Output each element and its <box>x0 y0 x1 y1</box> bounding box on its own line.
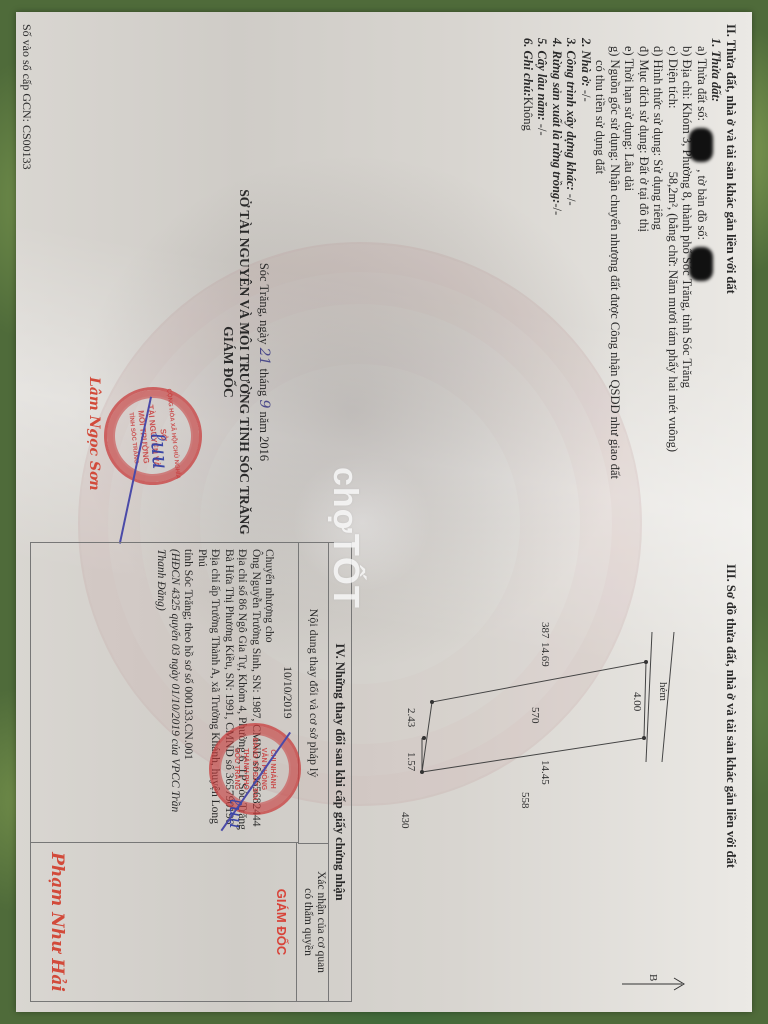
origin-row: g) Nguồn gốc sử dụng: Nhận chuyển nhượng… <box>608 24 623 544</box>
section-3-title: III. Sơ đồ thửa đất, nhà ở và tài sản kh… <box>723 564 738 868</box>
neighbor-right: 558 <box>519 792 531 809</box>
parcel-label: a) Thửa đất số: <box>695 46 709 121</box>
area-value: 58,2m², (bằng chữ: Năm mươi tám phẩy hai… <box>666 112 680 452</box>
item-notes: 6. Ghi chú:Không <box>521 24 536 544</box>
approval-handwritten-signature: ℓuu <box>225 798 246 829</box>
col-authority-confirmation: Xác nhận của cơ quan có thẩm quyền <box>296 843 329 1001</box>
issue-day: 21 <box>256 348 272 366</box>
item-production-forest: 4. Rừng sản xuất là rừng trồng:-/- <box>550 24 565 544</box>
certificate-page: II. Thửa đất, nhà ở và tài sản khác gắn … <box>16 12 752 1012</box>
section-2-title: II. Thửa đất, nhà ở và tài sản khác gắn … <box>724 24 739 544</box>
alley-line-2 <box>646 632 652 762</box>
issuer-role: GIÁM ĐỐC <box>220 182 236 542</box>
vertex <box>644 660 648 664</box>
section-4-title: IV. Những thay đổi sau khi cấp giấy chứn… <box>328 543 351 1001</box>
redacted-map-sheet-number <box>689 247 713 281</box>
vertex <box>420 770 424 774</box>
item-other-construction: 3. Công trình xây dựng khác: -/- <box>564 24 579 544</box>
north-label: B <box>647 974 659 981</box>
origin-row-cont: có thu tiền sử dụng đất <box>593 24 608 544</box>
area-label: c) Diện tích: <box>666 46 680 108</box>
item-house: 2. Nhà ở: -/- <box>579 24 594 544</box>
issue-month: 9 <box>256 399 272 408</box>
neighbor-left: 387 <box>539 622 551 639</box>
use-purpose-row: đ) Mục đích sử dụng: Đất ở tại đô thị <box>637 24 652 544</box>
edge-length-front: 4.00 <box>631 692 643 712</box>
vertex <box>642 736 646 740</box>
entry-note: (HĐCN 4325 quyển 03 ngày 01/10/2019 của … <box>154 549 181 836</box>
entry-line: tỉnh Sóc Trăng; theo hồ sơ số 000133.CN.… <box>181 549 195 836</box>
issuer-org: SỞ TÀI NGUYÊN VÀ MÔI TRƯỜNG TỈNH SÓC TRĂ… <box>236 182 252 542</box>
address-row: b) Địa chỉ: Khóm 3, Phường 8, thành phố … <box>680 24 695 544</box>
edge-length-back-b: 1.57 <box>405 752 417 772</box>
section-4-changes-table: IV. Những thay đổi sau khi cấp giấy chứn… <box>30 542 352 1002</box>
parcel-number-row: a) Thửa đất số: , tờ bản đồ số: <box>695 24 710 544</box>
parcel-diagram: B hẻm 4.00 14.69 14.45 2.43 1.57 570 387… <box>392 612 692 992</box>
neighbor-back: 430 <box>399 812 411 829</box>
alley-label: hẻm <box>657 682 669 701</box>
land-heading: 1. Thửa đất: <box>709 24 724 544</box>
edge-length-right: 14.45 <box>539 760 551 785</box>
section-2-land-info: II. Thửa đất, nhà ở và tài sản khác gắn … <box>521 24 739 544</box>
use-term-row: e) Thời hạn sử dụng: Lâu dài <box>622 24 637 544</box>
signer-name: Lâm Ngọc Sơn <box>86 377 102 491</box>
vertex <box>422 736 426 740</box>
map-sheet-label: , tờ bản đồ số: <box>695 169 709 240</box>
authority-signature: GIÁM ĐỐC Phạm Như Hải <box>31 843 299 1001</box>
redacted-parcel-number <box>689 128 713 162</box>
approver-signer: Phạm Như Hải <box>47 843 67 1001</box>
item-perennial-trees: 5. Cây lâu năm: -/- <box>535 24 550 544</box>
handwritten-signature: ℓuu <box>145 431 174 470</box>
issue-date: Sóc Trăng, ngày 21 tháng 9 năm 2016 <box>256 182 272 542</box>
vertex <box>430 700 434 704</box>
use-form-row: d) Hình thức sử dụng: Sử dụng riêng <box>651 24 666 544</box>
area-row: c) Diện tích: 58,2m², (bằng chữ: Năm mươ… <box>666 24 681 544</box>
chotot-watermark: chợTỐT <box>325 467 367 609</box>
approver-role: GIÁM ĐỐC <box>274 843 289 1001</box>
edge-length-back-a: 2.43 <box>405 708 417 728</box>
edge-length-left: 14.69 <box>539 642 551 667</box>
issuer-signature-block: Sóc Trăng, ngày 21 tháng 9 năm 2016 SỞ T… <box>220 182 272 542</box>
plot-id: 570 <box>529 707 541 724</box>
registry-number: Số vào sổ cấp GCN: CS00133 <box>19 24 34 170</box>
parcel-sketch: B hẻm 4.00 14.69 14.45 2.43 1.57 570 387… <box>392 612 692 992</box>
